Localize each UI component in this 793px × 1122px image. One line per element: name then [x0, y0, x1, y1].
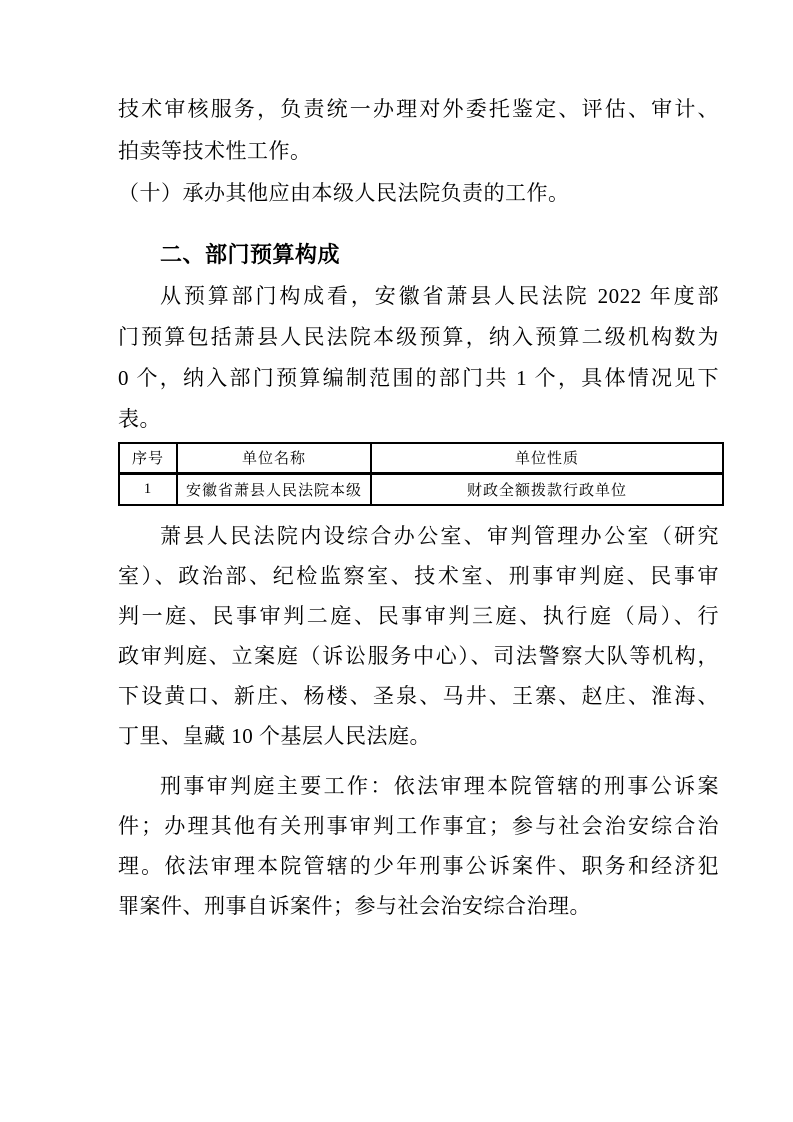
- table-row: 1 安徽省萧县人民法院本级 财政全额拨款行政单位: [119, 473, 723, 505]
- section-heading: 二、部门预算构成: [118, 234, 719, 276]
- table-cell-unit-type: 财政全额拨款行政单位: [371, 473, 723, 505]
- item-ten-paragraph-line: （十）承办其他应由本级人民法院负责的工作。: [118, 172, 719, 214]
- criminal-division-paragraph-line-4: 罪案件、刑事自诉案件；参与社会治安综合治理。: [118, 886, 719, 926]
- document-page: 技术审核服务，负责统一办理对外委托鉴定、评估、审计、 拍卖等技术性工作。 （十）…: [0, 0, 793, 1122]
- criminal-division-paragraph-line-3: 理。依法审理本院管辖的少年刑事公诉案件、职务和经济犯: [118, 846, 719, 886]
- organization-paragraph-line-2: 室）、政治部、纪检监察室、技术室、刑事审判庭、民事审: [118, 556, 719, 596]
- budget-paragraph-line-2: 门预算包括萧县人民法院本级预算，纳入预算二级机构数为: [118, 317, 719, 358]
- organization-paragraph-line-4: 政审判庭、立案庭（诉讼服务中心）、司法警察大队等机构，: [118, 636, 719, 676]
- organization-paragraph-line-6: 丁里、皇藏 10 个基层人民法庭。: [118, 716, 719, 756]
- table-header-unit-type: 单位性质: [371, 443, 723, 473]
- organization-paragraph-line-3: 判一庭、民事审判二庭、民事审判三庭、执行庭（局）、行: [118, 596, 719, 636]
- criminal-division-paragraph-line-1: 刑事审判庭主要工作：依法审理本院管辖的刑事公诉案: [118, 766, 719, 806]
- criminal-division-paragraph-line-2: 件；办理其他有关刑事审判工作事宜；参与社会治安综合治: [118, 806, 719, 846]
- carryover-paragraph-line-2: 拍卖等技术性工作。: [118, 130, 719, 172]
- organization-paragraph-line-1: 萧县人民法院内设综合办公室、审判管理办公室（研究: [118, 516, 719, 556]
- text-column: 技术审核服务，负责统一办理对外委托鉴定、评估、审计、 拍卖等技术性工作。 （十）…: [118, 88, 719, 926]
- budget-paragraph-line-4: 表。: [118, 399, 719, 440]
- organization-paragraph-line-5: 下设黄口、新庄、杨楼、圣泉、马井、王寨、赵庄、淮海、: [118, 676, 719, 716]
- table-header-row: 序号 单位名称 单位性质: [119, 443, 723, 473]
- table-header-unit-name: 单位名称: [177, 443, 371, 473]
- budget-paragraph-line-3: 0 个，纳入部门预算编制范围的部门共 1 个，具体情况见下: [118, 358, 719, 399]
- budget-paragraph-line-1: 从预算部门构成看，安徽省萧县人民法院 2022 年度部: [118, 276, 719, 317]
- table-cell-index: 1: [119, 473, 177, 505]
- carryover-paragraph-line-1: 技术审核服务，负责统一办理对外委托鉴定、评估、审计、: [118, 88, 719, 130]
- budget-units-table: 序号 单位名称 单位性质 1 安徽省萧县人民法院本级 财政全额拨款行政单位: [118, 442, 724, 506]
- table-header-index: 序号: [119, 443, 177, 473]
- table-cell-unit-name: 安徽省萧县人民法院本级: [177, 473, 371, 505]
